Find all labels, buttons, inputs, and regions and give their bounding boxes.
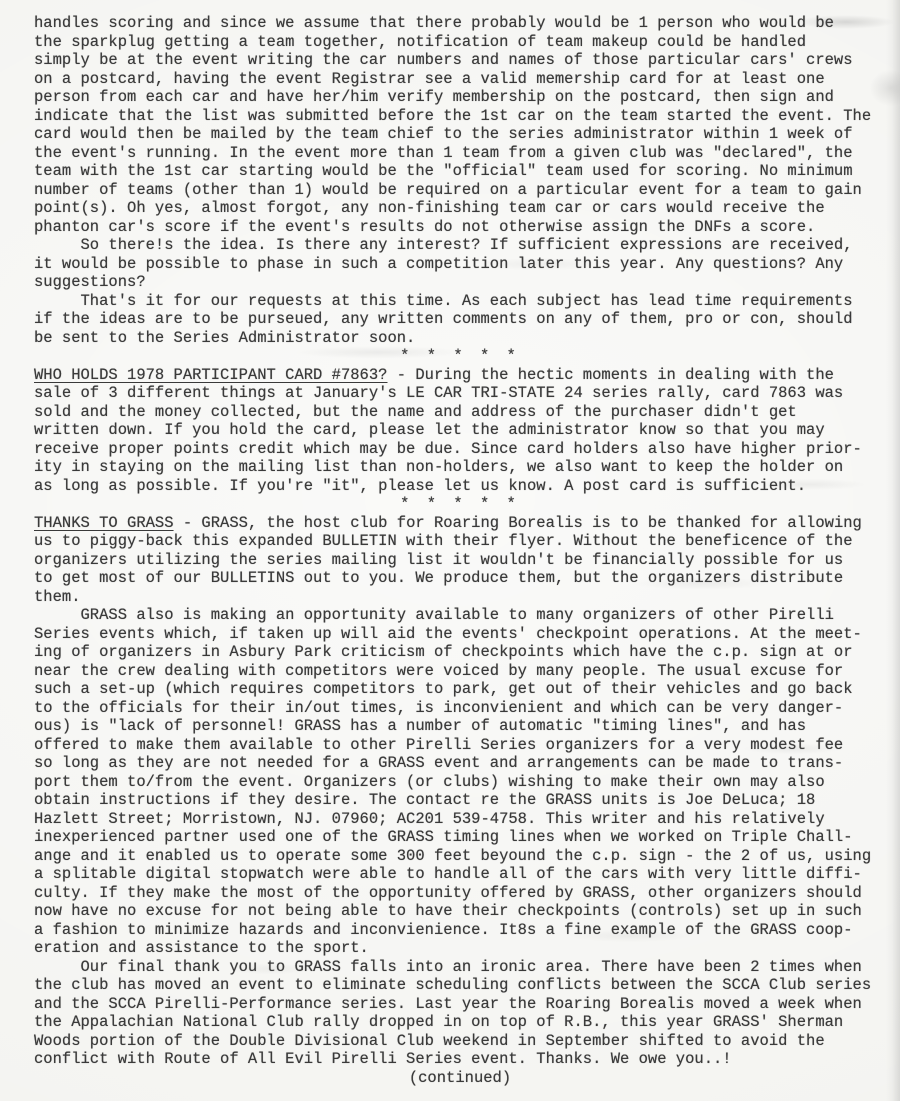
paragraph: handles scoring and since we assume that…: [34, 14, 886, 236]
section-separator: * * * * *: [34, 495, 886, 514]
text-line: be sent to the Series Administrator soon…: [34, 329, 886, 348]
paragraph: That's it for our requests at this time.…: [34, 292, 886, 348]
text-line: indicate that the list was submitted bef…: [34, 107, 886, 126]
section-heading: WHO HOLDS 1978 PARTICIPANT CARD #7863?: [34, 366, 387, 384]
text-line: simply be at the event writing the car n…: [34, 51, 886, 70]
text-line: That's it for our requests at this time.…: [34, 292, 886, 311]
text-line: receive proper points credit which may b…: [34, 440, 886, 459]
paragraph: THANKS TO GRASS - GRASS, the host club f…: [34, 514, 886, 607]
text-line: card would then be mailed by the team ch…: [34, 125, 886, 144]
text-line: sold and the money collected, but the na…: [34, 403, 886, 422]
text-line: the Appalachian National Club rally drop…: [34, 1013, 886, 1032]
text-line: written down. If you hold the card, plea…: [34, 421, 886, 440]
text-line: point(s). Oh yes, almost forgot, any non…: [34, 199, 886, 218]
heading-rest: - During the hectic moments in dealing w…: [387, 366, 833, 384]
text-line: as long as possible. If you're "it", ple…: [34, 477, 886, 496]
text-line: eration and assistance to the sport.: [34, 939, 886, 958]
text-line: them.: [34, 588, 886, 607]
text-line: to the officials for their in/out times,…: [34, 699, 886, 718]
text-line: obtain instructions if they desire. The …: [34, 791, 886, 810]
text-line: GRASS also is making an opportunity avai…: [34, 606, 886, 625]
text-line: to get most of our BULLETINS out to you.…: [34, 569, 886, 588]
document-content: handles scoring and since we assume that…: [34, 14, 886, 1069]
text-line: organizers utilizing the series mailing …: [34, 551, 886, 570]
text-line: number of teams (other than 1) would be …: [34, 181, 886, 200]
text-line: it would be possible to phase in such a …: [34, 255, 886, 274]
paragraph: Our final thank you to GRASS falls into …: [34, 958, 886, 1069]
text-line: ing of organizers in Asbury Park critici…: [34, 643, 886, 662]
text-line: a fashion to minimize hazards and inconv…: [34, 921, 886, 940]
text-line: Woods portion of the Double Divisional C…: [34, 1032, 886, 1051]
text-line: ous) is "lack of personnel! GRASS has a …: [34, 717, 886, 736]
text-line: now have no excuse for not being able to…: [34, 902, 886, 921]
text-line: a splitable digital stopwatch were able …: [34, 865, 886, 884]
text-line: conflict with Route of All Evil Pirelli …: [34, 1050, 886, 1069]
text-line: if the ideas are to be purseued, any wri…: [34, 310, 886, 329]
text-line: on a postcard, having the event Registra…: [34, 70, 886, 89]
text-line: So there!s the idea. Is there any intere…: [34, 236, 886, 255]
text-line: ange and it enabled us to operate some 3…: [34, 847, 886, 866]
text-line: Our final thank you to GRASS falls into …: [34, 958, 886, 977]
text-line: suggestions?: [34, 273, 886, 292]
text-line: the event's running. In the event more t…: [34, 144, 886, 163]
text-line: near the crew dealing with competitors w…: [34, 662, 886, 681]
continued-note: (continued): [34, 1069, 886, 1088]
text-line: handles scoring and since we assume that…: [34, 14, 886, 33]
text-line: port them to/from the event. Organizers …: [34, 773, 886, 792]
text-line: the sparkplug getting a team together, n…: [34, 33, 886, 52]
paragraph: So there!s the idea. Is there any intere…: [34, 236, 886, 292]
text-line: Hazlett Street; Morristown, NJ. 07960; A…: [34, 810, 886, 829]
text-line: person from each car and have her/him ve…: [34, 88, 886, 107]
section-heading: THANKS TO GRASS: [34, 514, 174, 532]
text-line: WHO HOLDS 1978 PARTICIPANT CARD #7863? -…: [34, 366, 886, 385]
text-line: us to piggy-back this expanded BULLETIN …: [34, 532, 886, 551]
section-separator: * * * * *: [34, 347, 886, 366]
text-line: inexperienced partner used one of the GR…: [34, 828, 886, 847]
text-line: so long as they are not needed for a GRA…: [34, 754, 886, 773]
text-line: the club has moved an event to eliminate…: [34, 976, 886, 995]
text-line: team with the 1st car starting would be …: [34, 162, 886, 181]
text-line: ity in staying on the mailing list than …: [34, 458, 886, 477]
text-line: and the SCCA Pirelli-Performance series.…: [34, 995, 886, 1014]
paragraph: WHO HOLDS 1978 PARTICIPANT CARD #7863? -…: [34, 366, 886, 496]
text-line: offered to make them available to other …: [34, 736, 886, 755]
text-line: culty. If they make the most of the oppo…: [34, 884, 886, 903]
document-page: handles scoring and since we assume that…: [0, 0, 900, 1101]
text-line: phanton car's score if the event's resul…: [34, 218, 886, 237]
text-line: such a set-up (which requires competitor…: [34, 680, 886, 699]
text-line: Series events which, if taken up will ai…: [34, 625, 886, 644]
paragraph: GRASS also is making an opportunity avai…: [34, 606, 886, 958]
text-line: THANKS TO GRASS - GRASS, the host club f…: [34, 514, 886, 533]
heading-rest: - GRASS, the host club for Roaring Borea…: [174, 514, 862, 532]
text-line: sale of 3 different things at January's …: [34, 384, 886, 403]
